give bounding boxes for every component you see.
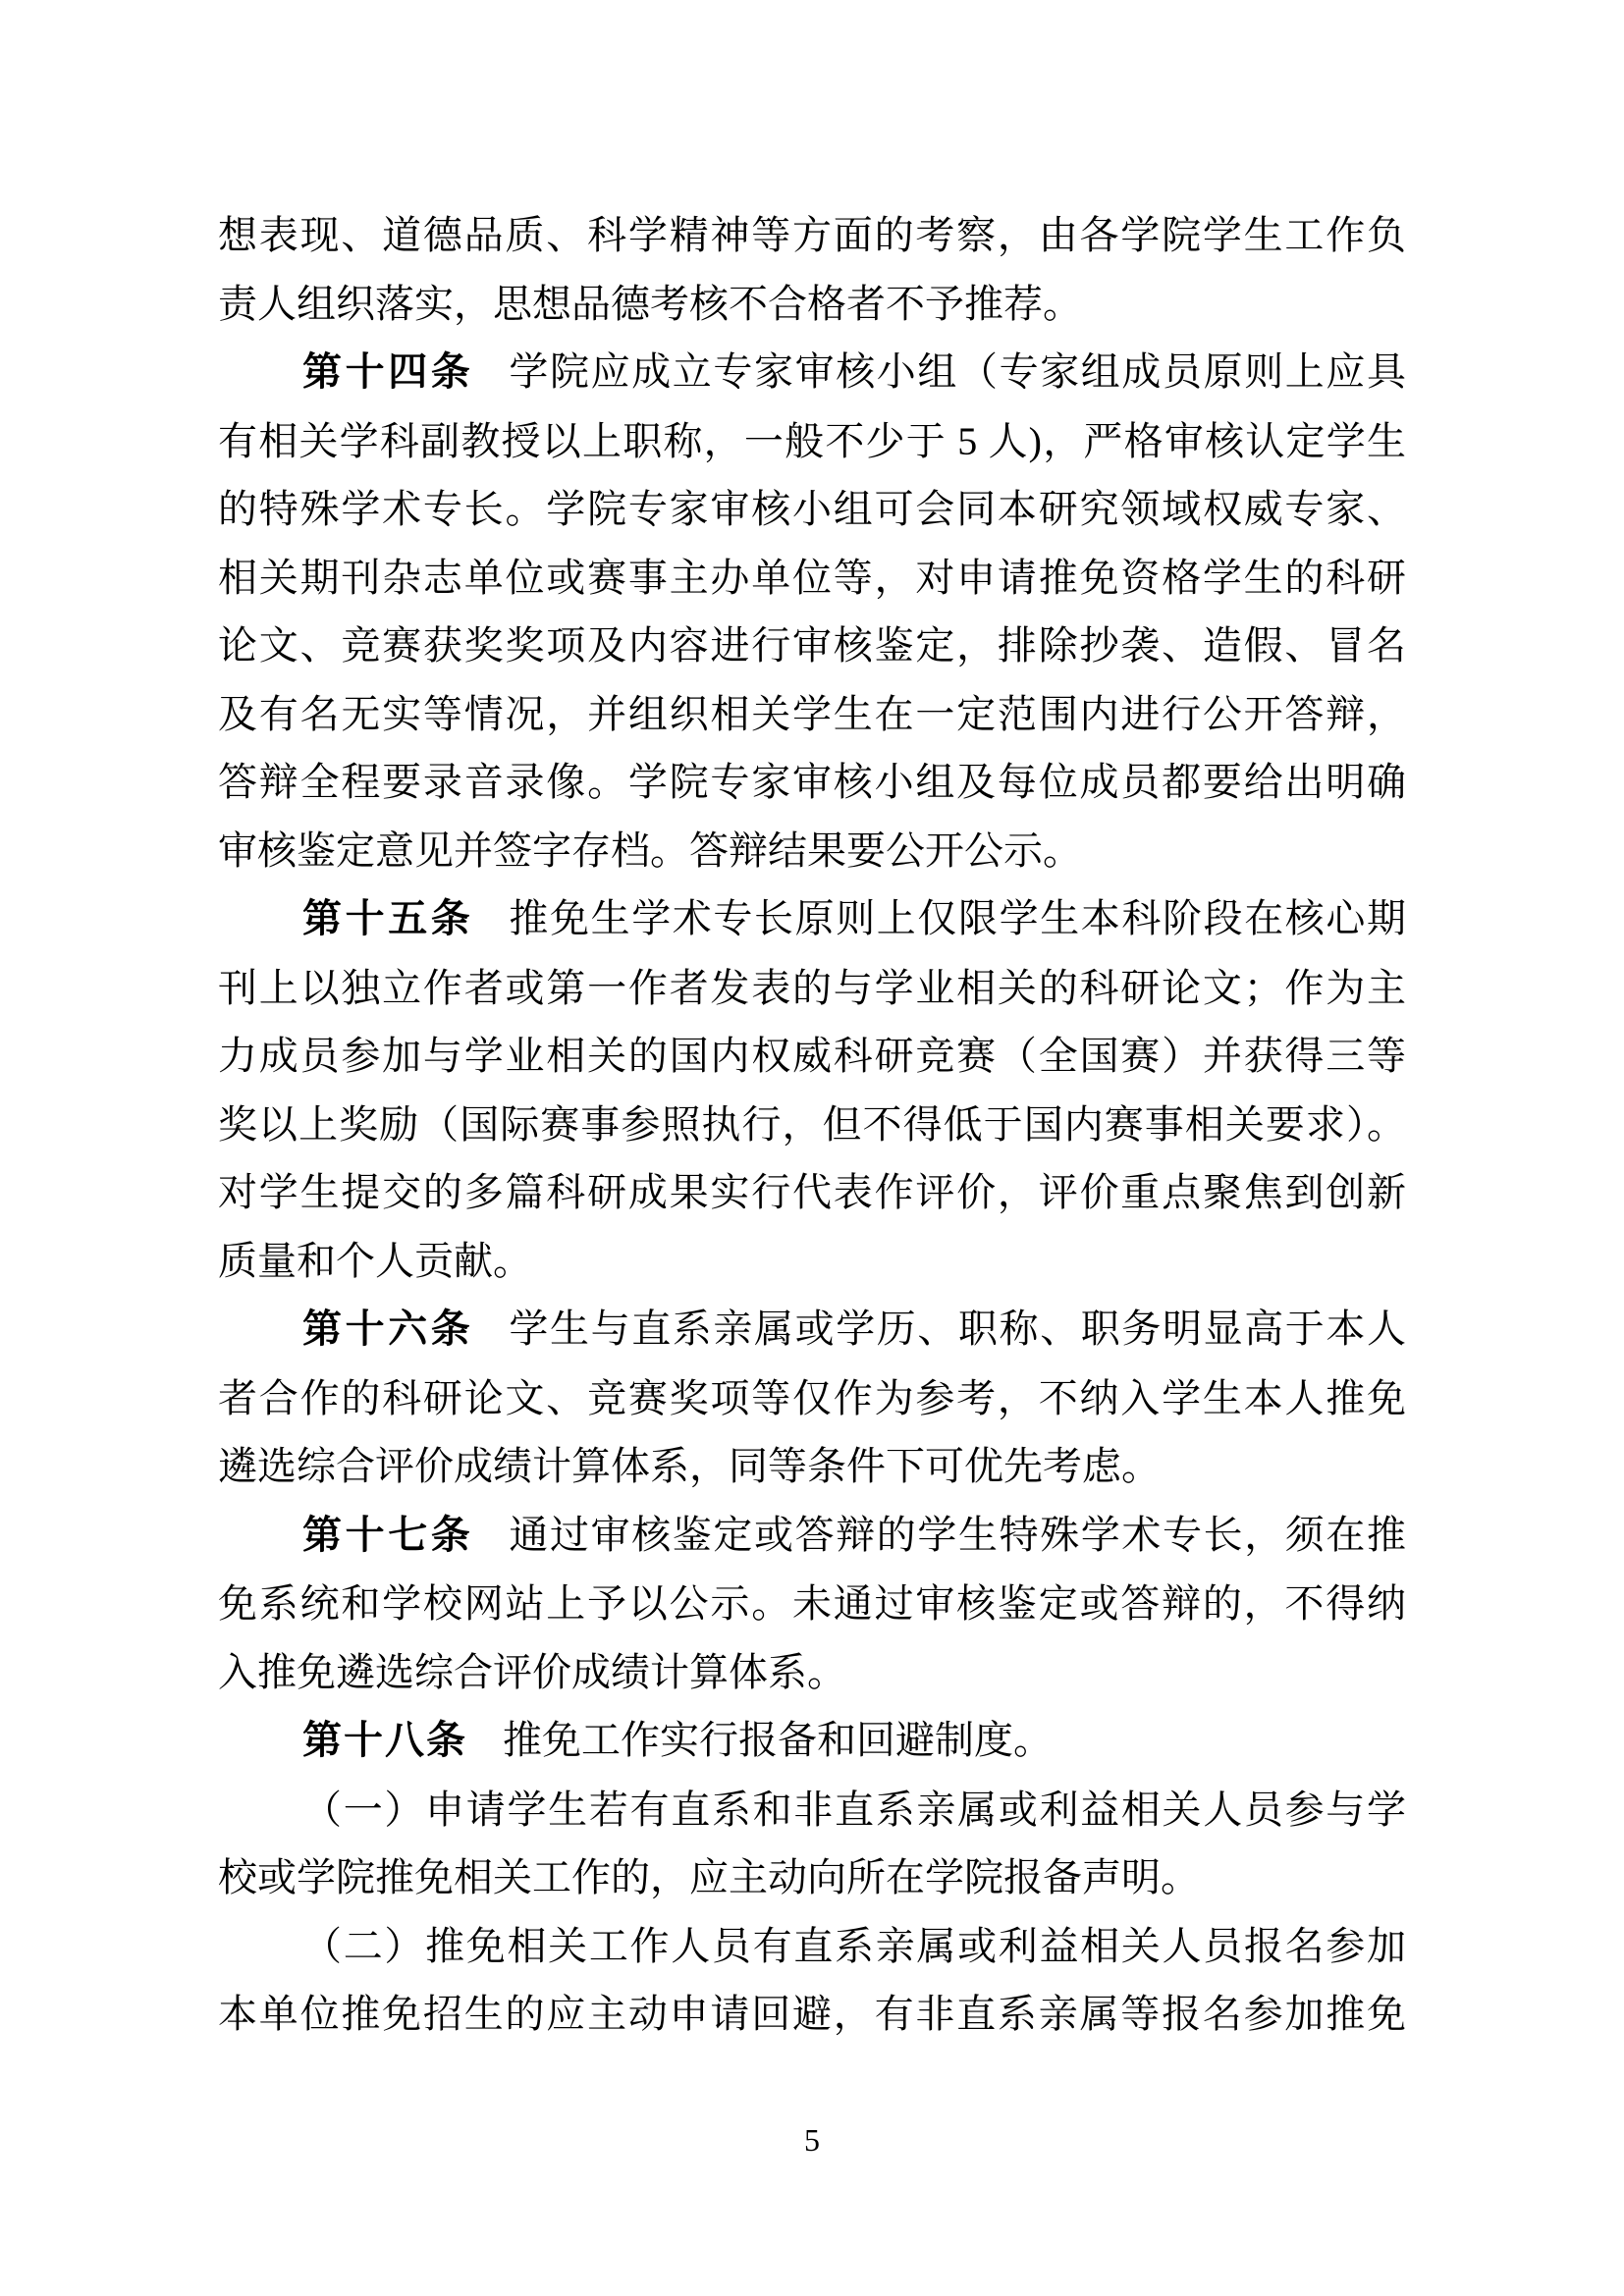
text-line: 第十四条学院应成立专家审核小组（专家组成员原则上应具	[218, 338, 1406, 407]
line-text: 通过审核鉴定或答辩的学生特殊学术专长，须在推	[509, 1513, 1406, 1557]
line-text: 的特殊学术专长。学院专家审核小组可会同本研究领域权威专家、	[218, 487, 1406, 531]
line-text: 奖以上奖励（国际赛事参照执行，但不得低于国内赛事相关要求）。	[218, 1102, 1406, 1147]
line-text: 想表现、道德品质、科学精神等方面的考察，由各学院学生工作负	[218, 213, 1406, 257]
article-number: 第十七条	[302, 1514, 473, 1557]
article-number: 第十六条	[302, 1308, 473, 1351]
text-line: 审核鉴定意见并签字存档。答辩结果要公开公示。	[218, 817, 1406, 885]
text-line: 答辩全程要录音录像。学院专家审核小组及每位成员都要给出明确	[218, 748, 1406, 817]
text-line: 遴选综合评价成绩计算体系，同等条件下可优先考虑。	[218, 1432, 1406, 1501]
line-text: 相关期刊杂志单位或赛事主办单位等，对申请推免资格学生的科研	[218, 556, 1406, 600]
text-line: 的特殊学术专长。学院专家审核小组可会同本研究领域权威专家、	[218, 475, 1406, 544]
line-text: （一）申请学生若有直系和非直系亲属或利益相关人员参与学	[302, 1788, 1406, 1832]
line-text: 答辩全程要录音录像。学院专家审核小组及每位成员都要给出明确	[218, 760, 1406, 804]
line-text: （二）推免相关工作人员有直系亲属或利益相关人员报名参加	[302, 1924, 1406, 1968]
text-line: 力成员参加与学业相关的国内权威科研竞赛（全国赛）并获得三等	[218, 1022, 1406, 1091]
text-line: 对学生提交的多篇科研成果实行代表作评价，评价重点聚焦到创新	[218, 1158, 1406, 1227]
text-line: 奖以上奖励（国际赛事参照执行，但不得低于国内赛事相关要求）。	[218, 1091, 1406, 1159]
line-text: 校或学院推免相关工作的，应主动向所在学院报备声明。	[218, 1855, 1200, 1899]
line-text: 论文、竞赛获奖奖项及内容进行审核鉴定，排除抄袭、造假、冒名	[218, 623, 1406, 667]
text-line: 第十八条推免工作实行报备和回避制度。	[218, 1706, 1406, 1776]
line-text: 及有名无实等情况，并组织相关学生在一定范围内进行公开答辩，	[218, 692, 1406, 736]
text-line: 第十七条通过审核鉴定或答辩的学生特殊学术专长，须在推	[218, 1501, 1406, 1571]
article-number: 第十五条	[302, 897, 473, 940]
document-page: 想表现、道德品质、科学精神等方面的考察，由各学院学生工作负责人组织落实，思想品德…	[0, 0, 1624, 2296]
text-line: 校或学院推免相关工作的，应主动向所在学院报备声明。	[218, 1843, 1406, 1912]
article-number: 第十八条	[302, 1719, 467, 1762]
text-line: 第十六条学生与直系亲属或学历、职称、职务明显高于本人	[218, 1295, 1406, 1364]
line-text: 责人组织落实，思想品德考核不合格者不予推荐。	[218, 282, 1082, 326]
article-number: 第十四条	[302, 350, 473, 394]
line-text: 者合作的科研论文、竞赛奖项等仅作为参考，不纳入学生本人推免	[218, 1376, 1406, 1420]
line-text: 免系统和学校网站上予以公示。未通过审核鉴定或答辩的，不得纳	[218, 1581, 1406, 1626]
line-text: 力成员参加与学业相关的国内权威科研竞赛（全国赛）并获得三等	[218, 1034, 1406, 1078]
text-line: 质量和个人贡献。	[218, 1227, 1406, 1296]
line-text: 推免生学术专长原则上仅限学生本科阶段在核心期	[509, 896, 1406, 940]
text-line: 免系统和学校网站上予以公示。未通过审核鉴定或答辩的，不得纳	[218, 1570, 1406, 1638]
page-number: 5	[0, 2120, 1624, 2160]
line-text: 入推免遴选综合评价成绩计算体系。	[218, 1650, 846, 1694]
document-body: 想表现、道德品质、科学精神等方面的考察，由各学院学生工作负责人组织落实，思想品德…	[218, 201, 1406, 2049]
text-line: 责人组织落实，思想品德考核不合格者不予推荐。	[218, 270, 1406, 339]
text-line: 入推免遴选综合评价成绩计算体系。	[218, 1638, 1406, 1707]
line-text: 质量和个人贡献。	[218, 1239, 532, 1283]
text-line: 相关期刊杂志单位或赛事主办单位等，对申请推免资格学生的科研	[218, 544, 1406, 613]
line-text: 遴选综合评价成绩计算体系，同等条件下可优先考虑。	[218, 1444, 1161, 1488]
text-line: 有相关学科副教授以上职称，一般不少于 5 人)，严格审核认定学生	[218, 407, 1406, 476]
line-text: 学生与直系亲属或学历、职称、职务明显高于本人	[509, 1307, 1406, 1351]
text-line: 第十五条推免生学术专长原则上仅限学生本科阶段在核心期	[218, 884, 1406, 954]
text-line: 及有名无实等情况，并组织相关学生在一定范围内进行公开答辩，	[218, 680, 1406, 749]
line-text: 学院应成立专家审核小组（专家组成员原则上应具	[509, 349, 1406, 394]
text-line: 刊上以独立作者或第一作者发表的与学业相关的科研论文；作为主	[218, 954, 1406, 1023]
line-text: 刊上以独立作者或第一作者发表的与学业相关的科研论文；作为主	[218, 966, 1406, 1010]
text-line: 本单位推免招生的应主动申请回避，有非直系亲属等报名参加推免	[218, 1980, 1406, 2049]
text-line: （一）申请学生若有直系和非直系亲属或利益相关人员参与学	[218, 1776, 1406, 1844]
line-text: 推免工作实行报备和回避制度。	[503, 1718, 1053, 1762]
line-text: 对学生提交的多篇科研成果实行代表作评价，评价重点聚焦到创新	[218, 1170, 1406, 1214]
line-text: 审核鉴定意见并签字存档。答辩结果要公开公示。	[218, 828, 1082, 873]
line-text: 有相关学科副教授以上职称，一般不少于 5 人)，严格审核认定学生	[218, 419, 1406, 463]
text-line: 论文、竞赛获奖奖项及内容进行审核鉴定，排除抄袭、造假、冒名	[218, 612, 1406, 680]
text-line: 想表现、道德品质、科学精神等方面的考察，由各学院学生工作负	[218, 201, 1406, 270]
line-text: 本单位推免招生的应主动申请回避，有非直系亲属等报名参加推免	[218, 1992, 1406, 2036]
text-line: 者合作的科研论文、竞赛奖项等仅作为参考，不纳入学生本人推免	[218, 1364, 1406, 1433]
text-line: （二）推免相关工作人员有直系亲属或利益相关人员报名参加	[218, 1912, 1406, 1981]
